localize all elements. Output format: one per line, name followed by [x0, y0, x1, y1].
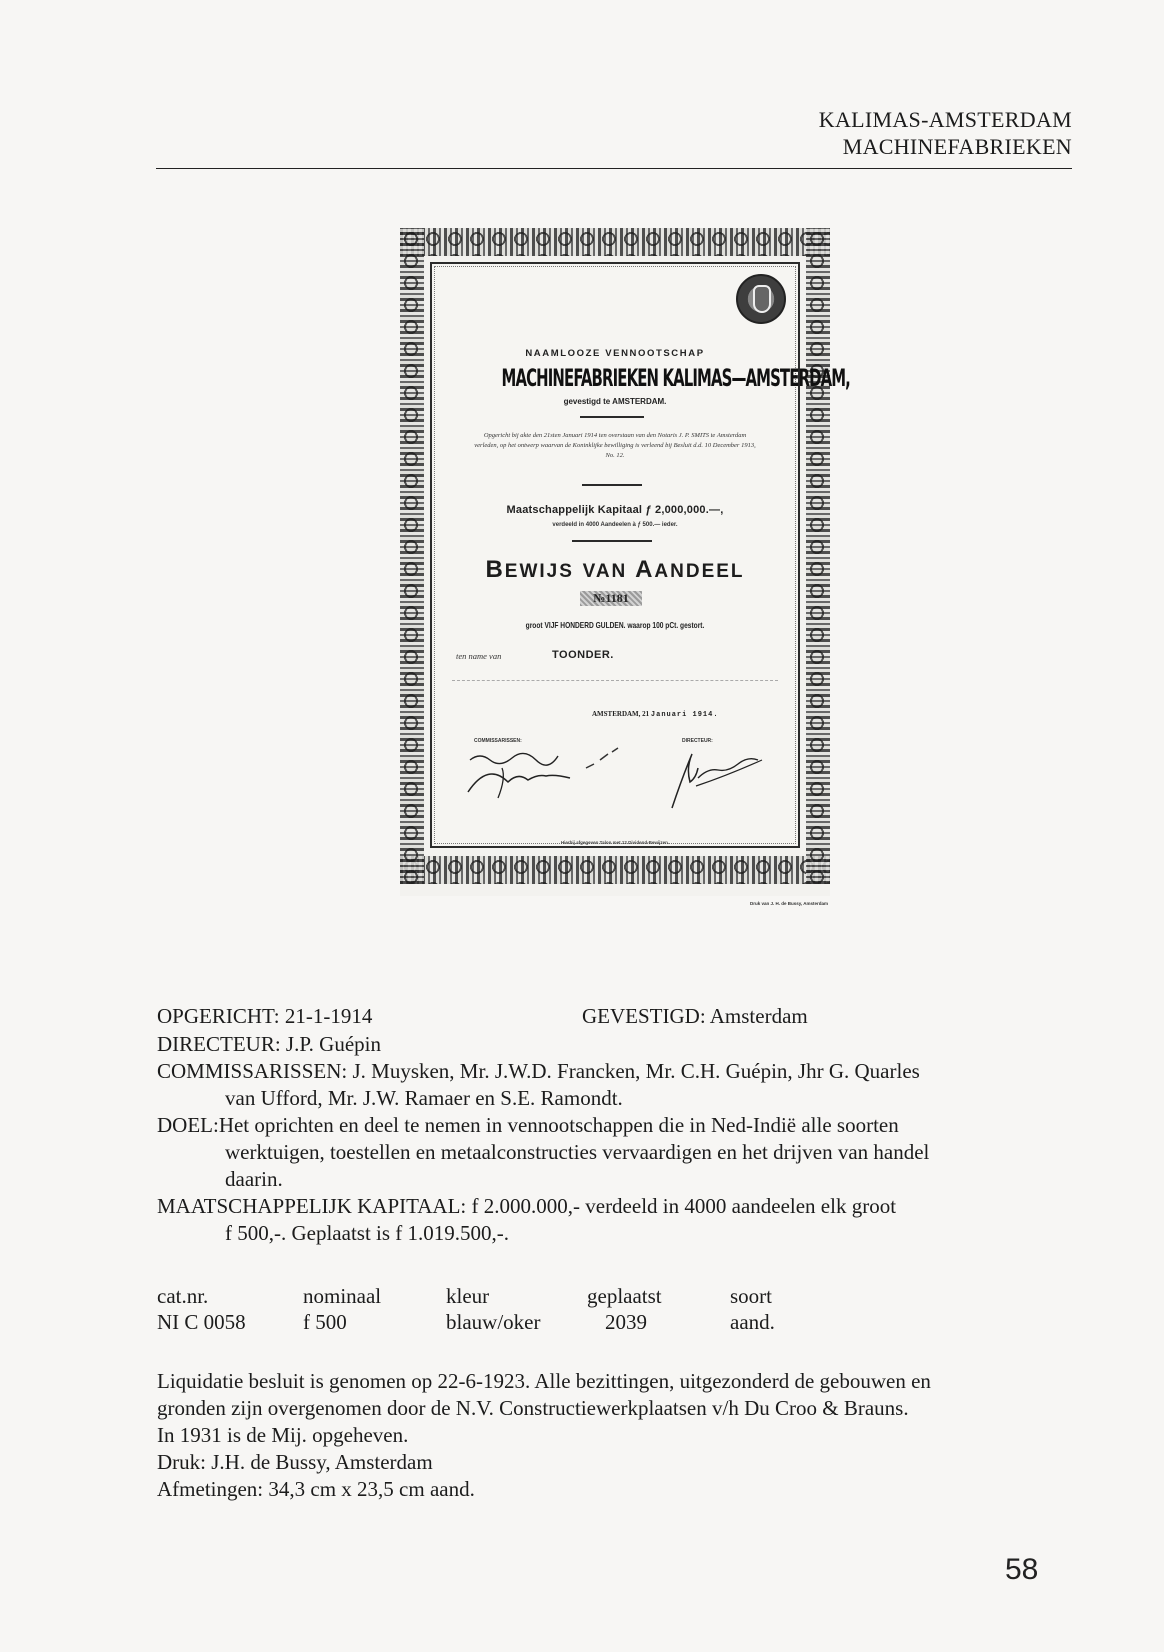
cell-nominaal: f 500: [303, 1309, 347, 1335]
authorized-capital: Maatschappelijk Kapitaal ƒ 2,000,000.—,: [432, 504, 798, 516]
header-geplaatst: geplaatst: [587, 1283, 662, 1309]
purpose-line-3: daarin.: [157, 1166, 283, 1193]
ornamental-border-right: [806, 228, 830, 884]
header-nominaal: nominaal: [303, 1283, 381, 1309]
certificate-body: NAAMLOOZE VENNOOTSCHAP MACHINEFABRIEKEN …: [430, 262, 800, 848]
commissioners-line-2: van Ufford, Mr. J.W. Ramaer en S.E. Ramo…: [157, 1085, 623, 1112]
seat: GEVESTIGD: Amsterdam: [582, 1004, 808, 1028]
dimensions-note: Afmetingen: 34,3 cm x 23,5 cm aand.: [157, 1476, 931, 1503]
director: DIRECTEUR: J.P. Guépin: [157, 1031, 381, 1058]
cell-cat-nr: NI C 0058: [157, 1309, 246, 1335]
running-head-subtitle: MACHINEFABRIEKEN: [819, 133, 1072, 160]
founded-line: OPGERICHT: 21-1-1914: [157, 1003, 372, 1030]
cell-soort: aand.: [730, 1309, 775, 1335]
divider: [572, 540, 652, 542]
company-name: MACHINEFABRIEKEN KALIMAS—AMSTERDAM,: [502, 364, 729, 392]
running-head-company: KALIMAS-AMSTERDAM: [819, 106, 1072, 133]
holder-label: ten name van: [456, 651, 501, 661]
ornamental-border-bottom: [400, 856, 830, 884]
divider: [580, 416, 644, 418]
cell-geplaatst: 2039: [605, 1309, 647, 1335]
header-kleur: kleur: [446, 1283, 489, 1309]
holder-name: TOONDER.: [552, 649, 614, 661]
dotted-line: [452, 680, 778, 681]
liquidation-note-cont: gronden zijn overgenomen door de N.V. Co…: [157, 1395, 931, 1422]
director-signature-icon: [652, 742, 772, 812]
running-head: KALIMAS-AMSTERDAM MACHINEFABRIEKEN: [819, 106, 1072, 160]
header-cat-nr: cat.nr.: [157, 1283, 208, 1309]
liquidation-note: Liquidatie besluit is genomen op 22-6-19…: [157, 1368, 931, 1395]
commissioners-label: COMMISSARISSEN:: [474, 738, 522, 744]
page-number: 58: [1005, 1553, 1038, 1587]
company-type: NAAMLOOZE VENNOOTSCHAP: [432, 348, 798, 359]
cell-kleur: blauw/oker: [446, 1309, 540, 1335]
header-soort: soort: [730, 1283, 772, 1309]
printer-note: Druk: J.H. de Bussy, Amsterdam: [157, 1449, 931, 1476]
purpose-line-2: werktuigen, toestellen en metaalconstruc…: [157, 1139, 929, 1166]
seat-line: GEVESTIGD: Amsterdam: [582, 1003, 808, 1030]
commissioners-line-1: COMMISSARISSEN: J. Muysken, Mr. J.W.D. F…: [157, 1058, 920, 1085]
founded: OPGERICHT: 21-1-1914: [157, 1004, 372, 1028]
certificate-title: BEWIJS VAN AANDEEL: [432, 556, 798, 584]
certificate-printer: Druk van J. H. de Bussy, Amsterdam: [750, 901, 828, 906]
divider: [582, 484, 642, 486]
company-seat: gevestigd te AMSTERDAM.: [432, 397, 798, 406]
capital-line-1: MAATSCHAPPELIJK KAPITAAL: f 2.000.000,- …: [157, 1193, 896, 1220]
dissolution-note: In 1931 is de Mij. opgeheven.: [157, 1422, 931, 1449]
purpose-line-1: DOEL:Het oprichten en deel te nemen in v…: [157, 1112, 899, 1139]
capital-division: verdeeld in 4000 Aandeelen à ƒ 500.— ied…: [432, 522, 798, 528]
header-rule: [156, 168, 1072, 169]
capital-line-2: f 500,-. Geplaatst is f 1.019.500,-.: [157, 1220, 509, 1247]
certificate-number: №1181: [580, 591, 642, 606]
nominal-amount-text: groot VIJF HONDERD GULDEN. waarop 100 pC…: [472, 620, 757, 630]
notes: Liquidatie besluit is genomen op 22-6-19…: [157, 1368, 931, 1503]
ornamental-border-top: [400, 228, 830, 256]
signature-stroke-icon: [582, 744, 622, 774]
commissioner-signature-icon: [462, 746, 582, 806]
place-and-date: AMSTERDAM, 21 Januari 1914.: [592, 710, 719, 719]
coat-of-arms-seal-icon: [736, 274, 786, 324]
share-certificate-image: NAAMLOOZE VENNOOTSCHAP MACHINEFABRIEKEN …: [400, 228, 830, 896]
ornamental-border-left: [400, 228, 424, 884]
deed-text: Opgericht bij akte den 21sten Januari 19…: [432, 431, 798, 461]
coupon-note: Hierbij afgegeven Talon met 12 Dividend-…: [432, 840, 798, 845]
